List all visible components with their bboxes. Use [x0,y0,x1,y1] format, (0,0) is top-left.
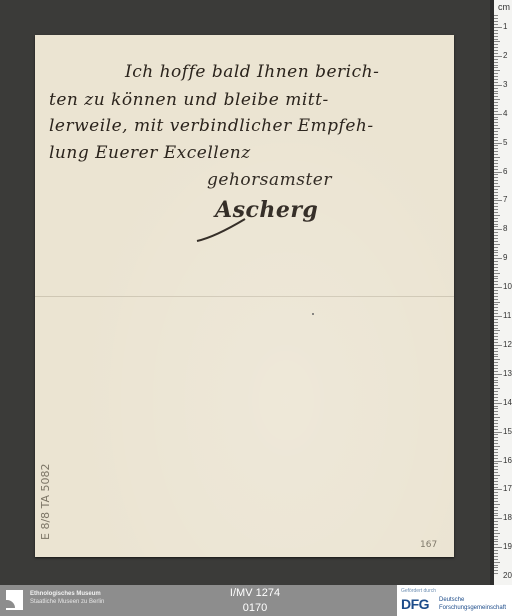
ruler-tick [494,432,502,433]
ruler-tick [494,330,500,331]
ruler-label: 8 [503,224,507,233]
ruler-tick [494,541,498,542]
letter-line-4: lung Euerer Excellenz [49,143,251,163]
fold-line [35,296,454,297]
letter-line-1: Ich hoffe bald Ihnen berich- [125,62,379,82]
ruler-tick [494,128,500,129]
ruler-tick [494,111,498,112]
museum-logo-icon [6,590,23,610]
ruler-tick [494,371,498,372]
ruler-tick [494,44,498,45]
ruler-tick [494,348,498,349]
ruler-tick [494,299,498,300]
ruler-tick [494,333,498,334]
ruler-tick [494,183,498,184]
ruler-tick [494,536,498,537]
ruler-tick [494,62,498,63]
ruler-tick [494,408,498,409]
ruler-tick [494,145,498,146]
ruler-tick [494,510,498,511]
ruler-tick [494,316,502,317]
ruler-tick [494,125,498,126]
ruler-tick [494,507,498,508]
ruler-tick [494,313,498,314]
ruler-tick [494,472,498,473]
ruler-tick [494,304,498,305]
ruler-tick [494,400,498,401]
ruler-tick [494,53,498,54]
ruler-tick [494,85,502,86]
ruler-tick [494,290,498,291]
ruler-tick [494,565,498,566]
ruler-tick [494,345,502,346]
ruler-tick [494,484,498,485]
ruler-tick [494,281,498,282]
letter-line-2: ten zu können und bleibe mitt- [49,90,329,110]
ruler-tick [494,56,502,57]
ruler-tick [494,397,498,398]
ruler-tick [494,440,498,441]
ruler-tick [494,354,498,355]
ruler-tick [494,134,498,135]
ruler-tick [494,59,498,60]
ruler-tick [494,79,498,80]
ruler-tick [494,562,500,563]
cm-ruler: cm 1234567891011121314151617181920 [490,0,512,585]
ruler-tick [494,261,498,262]
ruler-tick [494,65,498,66]
ruler-tick [494,102,498,103]
ruler-tick [494,411,498,412]
ruler-tick [494,258,502,259]
ruler-tick [494,270,498,271]
ruler-tick [494,455,498,456]
ruler-tick [494,99,500,100]
ruler-label: 15 [503,427,512,436]
ruler-tick [494,385,498,386]
ruler-tick [494,437,498,438]
ruler-tick [494,180,498,181]
ruler-label: 18 [503,513,512,522]
ruler-tick [494,559,498,560]
ruler-tick [494,547,502,548]
ruler-tick [494,140,498,141]
ruler-label: 7 [503,195,507,204]
ruler-tick [494,174,498,175]
ruler-tick [494,206,498,207]
ruler-label: 11 [503,311,511,320]
ruler-tick [494,307,498,308]
ruler-label: 12 [503,340,512,349]
ruler-tick [494,226,498,227]
museum-subtitle: Staatliche Museen zu Berlin [30,599,104,605]
ruler-tick [494,475,500,476]
ruler-tick [494,513,498,514]
ruler-tick [494,469,498,470]
ruler-tick [494,449,498,450]
ruler-tick [494,573,498,574]
ruler-tick [494,24,498,25]
ruler-tick [494,195,498,196]
ruler-tick [494,403,502,404]
dfg-logo: Gefördert durch DFG Deutsche Forschungsg… [397,585,512,616]
ruler-tick [494,319,498,320]
ruler-tick [494,67,498,68]
ruler-tick [494,200,502,201]
ruler-tick [494,368,498,369]
ruler-tick [494,151,498,152]
ruler-tick [494,224,498,225]
ruler-tick [494,325,498,326]
ruler-label: 1 [503,22,507,31]
letter-line-3: lerweile, mit verbindlicher Empfeh- [49,116,374,136]
ruler-label: 19 [503,542,512,551]
ruler-tick [494,515,498,516]
dfg-mark: DFG [401,596,429,612]
ruler-label: 5 [503,138,507,147]
ruler-tick [494,250,498,251]
ruler-tick [494,247,498,248]
ink-speck [312,313,314,315]
ruler-tick [494,406,498,407]
ruler-tick [494,443,498,444]
ruler-tick [494,215,500,216]
ruler-label: 9 [503,253,507,262]
ruler-tick [494,296,498,297]
ruler-label: 20 [503,571,512,580]
ruler-tick [494,501,498,502]
ruler-tick [494,166,498,167]
ruler-tick [494,267,498,268]
ruler-tick [494,530,498,531]
closing-word: gehorsamster [207,170,332,190]
ruler-tick [494,466,498,467]
ruler-tick [494,434,498,435]
ruler-tick [494,18,498,19]
ruler-tick [494,426,498,427]
document-viewer: Ich hoffe bald Ihnen berich- ten zu könn… [0,0,490,585]
ruler-tick [494,463,498,464]
ruler-tick [494,489,502,490]
ruler-tick [494,137,498,138]
ruler-label: 10 [503,282,512,291]
ruler-tick [494,255,498,256]
ruler-tick [494,446,500,447]
ruler-tick [494,278,498,279]
ruler-tick [494,380,498,381]
ruler-tick [494,70,500,71]
ruler-tick [494,21,498,22]
ruler-tick [494,504,500,505]
ruler-tick [494,198,498,199]
ruler-tick [494,322,498,323]
ruler-tick [494,365,498,366]
ruler-tick [494,276,498,277]
ruler-tick [494,114,502,115]
ruler-tick [494,336,498,337]
ruler-tick [494,478,498,479]
ruler-tick [494,108,498,109]
ruler-tick [494,209,498,210]
ruler-tick [494,221,498,222]
ruler-tick [494,192,498,193]
ruler-tick [494,15,498,16]
ruler-tick [494,238,498,239]
ruler-tick [494,414,498,415]
ruler-label: 6 [503,167,507,176]
ruler-tick [494,550,498,551]
ruler-tick [494,495,498,496]
ruler-tick [494,310,498,311]
ruler-tick [494,362,498,363]
ruler-tick [494,521,498,522]
ruler-tick [494,33,498,34]
ruler-tick [494,241,498,242]
ruler-tick [494,148,498,149]
ruler-tick [494,417,500,418]
dfg-name-line1: Deutsche [439,597,464,603]
ruler-tick [494,539,498,540]
ruler-unit: cm [498,2,510,12]
ruler-tick [494,420,498,421]
ruler-tick [494,423,498,424]
ruler-tick [494,203,498,204]
ruler-tick [494,154,498,155]
ruler-tick [494,524,498,525]
ruler-tick [494,91,498,92]
footer-bar: Ethnologisches Museum Staatliche Museen … [0,585,512,616]
sheet-number: 0170 [210,602,300,614]
ruler-tick [494,39,498,40]
ruler-tick [494,342,498,343]
ruler-label: 16 [503,456,512,465]
ruler-tick [494,273,500,274]
ruler-tick [494,382,498,383]
ruler-label: 13 [503,369,512,378]
signature-flourish [195,215,255,245]
ruler-tick [494,518,502,519]
ruler-tick [494,544,498,545]
signature: Ascherg [215,197,318,223]
ruler-tick [494,47,498,48]
ruler-tick [494,229,502,230]
ruler-tick [494,30,498,31]
ruler-tick [494,461,502,462]
ruler-tick [494,244,500,245]
ruler-tick [494,50,498,51]
ruler-tick [494,377,498,378]
ruler-tick [494,27,502,28]
ruler-tick [494,302,500,303]
funded-by-label: Gefördert durch [401,588,436,594]
ruler-tick [494,388,500,389]
ruler-tick [494,177,498,178]
ruler-tick [494,119,498,120]
ruler-tick [494,82,498,83]
ruler-tick [494,122,498,123]
ruler-tick [494,284,498,285]
ruler-tick [494,235,498,236]
ruler-tick [494,186,500,187]
inventory-number: I/MV 1274 [210,587,300,599]
letter-page: Ich hoffe bald Ihnen berich- ten zu könn… [35,35,454,557]
ruler-tick [494,351,498,352]
museum-branding: Ethnologisches Museum Staatliche Museen … [0,585,390,616]
ruler-tick [494,172,502,173]
ruler-tick [494,458,498,459]
ruler-tick [494,96,498,97]
ruler-tick [494,218,498,219]
ruler-tick [494,498,498,499]
ruler-tick [494,391,498,392]
ruler-tick [494,287,502,288]
ruler-tick [494,570,498,571]
ruler-tick [494,527,498,528]
ruler-tick [494,189,498,190]
ruler-tick [494,73,498,74]
archive-pencil-note: E 8/8 TA 5082 [39,463,52,540]
ruler-tick [494,232,498,233]
ruler-tick [494,374,502,375]
ruler-tick [494,41,500,42]
ruler-label: 14 [503,398,512,407]
ruler-tick [494,88,498,89]
ruler-tick [494,76,498,77]
ruler-label: 2 [503,51,507,60]
ruler-tick [494,157,500,158]
ruler-tick [494,117,498,118]
ruler-label: 4 [503,109,507,118]
ruler-tick [494,264,498,265]
ruler-tick [494,359,500,360]
ruler-tick [494,105,498,106]
ruler-tick [494,143,502,144]
ruler-tick [494,487,498,488]
ruler-tick [494,93,498,94]
ruler-tick [494,356,498,357]
ruler-tick [494,36,498,37]
ruler-tick [494,131,498,132]
ruler-tick [494,169,498,170]
ruler-tick [494,481,498,482]
ruler-tick [494,339,498,340]
ruler-label: 17 [503,484,512,493]
ruler-tick [494,252,498,253]
ruler-tick [494,394,498,395]
ruler-tick [494,163,498,164]
ruler-tick [494,328,498,329]
ruler-tick [494,212,498,213]
ruler-tick [494,452,498,453]
ruler-tick [494,553,498,554]
page-number: 167 [420,540,437,550]
ruler-tick [494,556,498,557]
ruler-tick [494,567,498,568]
ruler-tick [494,533,500,534]
ruler-tick [494,160,498,161]
ruler-tick [494,293,498,294]
dfg-name-line2: Forschungsgemeinschaft [439,605,506,611]
ruler-tick [494,429,498,430]
ruler-label: 3 [503,80,507,89]
museum-name: Ethnologisches Museum [30,591,101,597]
ruler-tick [494,492,498,493]
